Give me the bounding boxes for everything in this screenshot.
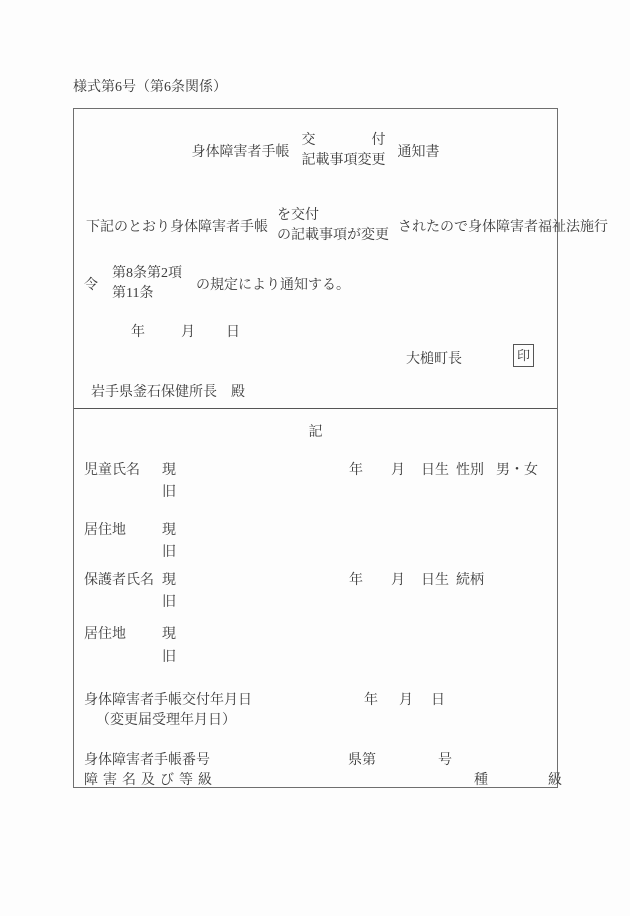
notify-sentence-pre: 下記のとおり身体障害者手帳 (86, 216, 268, 236)
old-marker: 旧 (162, 591, 176, 611)
legal-clause-post: の規定により通知する。 (196, 274, 350, 294)
birth-month-label: 月 (391, 459, 405, 479)
notification-form-box: 身体障害者手帳 交 付 記載事項変更 通知書 下記のとおり身体障害者手帳 を交付… (73, 108, 558, 788)
grade-type-label: 種 (474, 769, 488, 789)
disability-label: 障害名及び等級 (84, 769, 217, 789)
sex-options: 男・女 (496, 459, 538, 479)
address-label: 居住地 (84, 519, 126, 539)
guardian-name-label: 保護者氏名 (84, 569, 154, 589)
issue-date-label: 身体障害者手帳交付年月日 (84, 689, 252, 709)
address-label: 居住地 (84, 623, 126, 643)
current-marker: 現 (162, 519, 176, 539)
guardian-row-old: 旧 (74, 591, 557, 611)
title-option-issue: 交 付 (302, 131, 386, 151)
notify-sentence-post: されたので身体障害者福祉法施行 (398, 216, 608, 236)
child-name-label: 児童氏名 (84, 459, 140, 479)
birth-year-label: 年 (349, 569, 363, 589)
section-divider (74, 408, 557, 409)
cert-number-suffix: 号 (438, 749, 452, 769)
address-row-current: 居住地 現 (74, 519, 557, 539)
cert-number-prefix: 県第 (348, 749, 376, 769)
date-month-label: 月 (181, 321, 195, 341)
form-number: 様式第6号（第6条関係） (73, 76, 227, 96)
certificate-issue-date-row: 身体障害者手帳交付年月日 年 月 日 (74, 689, 557, 709)
document-title: 身体障害者手帳 交 付 記載事項変更 通知書 (74, 131, 557, 171)
title-option-change: 記載事項変更 (302, 151, 386, 171)
issue-year-label: 年 (364, 689, 378, 709)
seal-mark: 印 (513, 344, 534, 367)
legal-clause-pre: 令 (84, 274, 98, 294)
title-issue-left: 交 (302, 131, 316, 151)
guardian-address-row-current: 居住地 現 (74, 623, 557, 643)
relation-label: 続柄 (456, 569, 484, 589)
address-row-old: 旧 (74, 541, 557, 561)
certificate-number-row: 身体障害者手帳番号 県第 号 (74, 749, 557, 769)
title-options: 交 付 記載事項変更 (302, 131, 386, 171)
birth-year-label: 年 (349, 459, 363, 479)
issue-month-label: 月 (399, 689, 413, 709)
grade-class-label: 級 (548, 769, 562, 789)
title-prefix: 身体障害者手帳 (192, 141, 290, 161)
date-year-label: 年 (131, 321, 145, 341)
notify-sentence: 下記のとおり身体障害者手帳 を交付 の記載事項が変更 されたので身体障害者福祉法… (86, 206, 608, 246)
cert-number-label: 身体障害者手帳番号 (84, 749, 210, 769)
current-marker: 現 (162, 569, 176, 589)
legal-clause-options: 第8条第2項 第11条 (112, 264, 182, 304)
disability-grade-row: 障害名及び等級 種 級 (74, 769, 557, 789)
child-name-row-current: 児童氏名 現 年 月 日生 性別 男・女 (74, 459, 557, 479)
current-marker: 現 (162, 459, 176, 479)
change-acceptance-date-row: （変更届受理年月日） (74, 709, 557, 729)
mayor-name: 大槌町長 (406, 348, 462, 368)
old-marker: 旧 (162, 541, 176, 561)
date-day-label: 日 (226, 321, 240, 341)
document-page: 様式第6号（第6条関係） 身体障害者手帳 交 付 記載事項変更 通知書 下記のと… (0, 0, 630, 916)
current-marker: 現 (162, 623, 176, 643)
birth-day-label: 日生 (421, 569, 449, 589)
notify-option-issued: を交付 (277, 206, 389, 226)
guardian-address-row-old: 旧 (74, 646, 557, 666)
legal-article8: 第8条第2項 (112, 264, 182, 284)
guardian-row-current: 保護者氏名 現 年 月 日生 続柄 (74, 569, 557, 589)
addressee: 岩手県釜石保健所長 殿 (91, 381, 245, 401)
sex-label: 性別 (456, 459, 484, 479)
old-marker: 旧 (162, 646, 176, 666)
birth-month-label: 月 (391, 569, 405, 589)
old-marker: 旧 (162, 481, 176, 501)
notify-option-changed: の記載事項が変更 (277, 226, 389, 246)
legal-article11: 第11条 (112, 284, 182, 304)
legal-clause: 令 第8条第2項 第11条 の規定により通知する。 (84, 264, 350, 304)
record-heading: 記 (74, 421, 557, 441)
title-issue-right: 付 (372, 131, 386, 151)
birth-day-label: 日生 (421, 459, 449, 479)
issue-day-label: 日 (431, 689, 445, 709)
notify-options: を交付 の記載事項が変更 (277, 206, 389, 246)
child-name-row-old: 旧 (74, 481, 557, 501)
title-suffix: 通知書 (398, 141, 440, 161)
issue-date-sub-label: （変更届受理年月日） (96, 709, 236, 729)
